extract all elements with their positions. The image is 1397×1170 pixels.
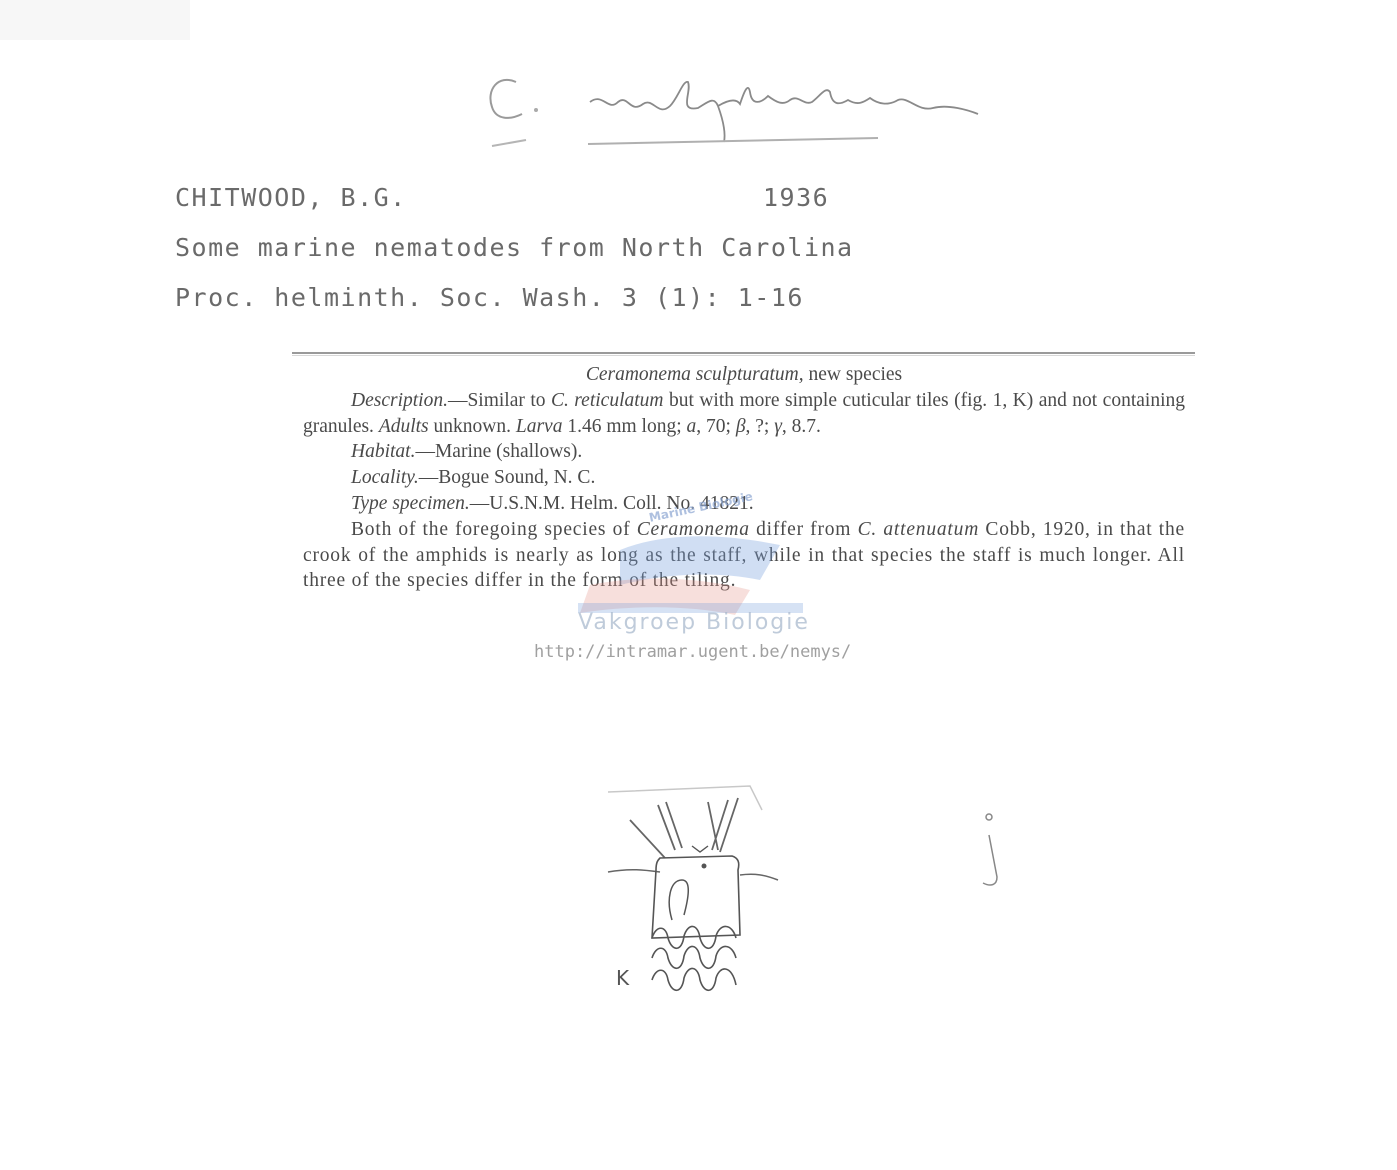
locality-text: —Bogue Sound, N. C. — [419, 467, 596, 488]
small-sketch-mark — [975, 805, 1015, 895]
locality-label: Locality. — [351, 467, 419, 488]
divider-line — [292, 352, 1195, 354]
italic-run: C. reticulatum — [551, 390, 664, 411]
source-url: http://intramar.ugent.be/nemys/ — [534, 642, 851, 662]
italic-run: C. attenuatum — [858, 519, 980, 540]
text-run: —Similar to — [448, 390, 551, 411]
author-name: CHITWOOD, B.G. — [175, 183, 407, 212]
species-name-italic: Ceramonema sculpturatum, — [586, 364, 804, 385]
figure-label: K — [616, 966, 629, 990]
italic-run: a — [687, 416, 697, 437]
text-run: 1.46 mm long; — [562, 416, 686, 437]
habitat-label: Habitat. — [351, 441, 415, 462]
species-heading-suffix: new species — [804, 364, 903, 385]
text-run: Both of the foregoing species of — [351, 519, 637, 540]
italic-run: γ — [774, 416, 782, 437]
italic-run: Adults — [379, 416, 429, 437]
locality-paragraph: Locality.—Bogue Sound, N. C. — [303, 465, 1185, 491]
watermark-text: Vakgroep Biologie — [578, 610, 810, 635]
text-run: , 70; — [696, 416, 736, 437]
publication-title: Some marine nematodes from North Carolin… — [175, 233, 854, 262]
comparison-paragraph: Both of the foregoing species of Ceramon… — [303, 517, 1185, 594]
species-description-clipping: Ceramonema sculpturatum, new species Des… — [303, 362, 1185, 594]
scan-shading — [0, 0, 190, 40]
text-run: differ from — [750, 519, 858, 540]
species-heading: Ceramonema sculpturatum, new species — [303, 362, 1185, 388]
journal-reference: Proc. helminth. Soc. Wash. 3 (1): 1-16 — [175, 283, 804, 312]
text-run: , 8.7. — [782, 416, 821, 437]
italic-run: Larva — [516, 416, 563, 437]
description-paragraph: Description.—Similar to C. reticulatum b… — [303, 388, 1185, 440]
text-run: , ?; — [746, 416, 775, 437]
handwritten-species-name — [478, 62, 998, 152]
habitat-paragraph: Habitat.—Marine (shallows). — [303, 439, 1185, 465]
habitat-text: —Marine (shallows). — [415, 441, 582, 462]
italic-run: β — [736, 416, 746, 437]
divider-line-shadow — [292, 355, 1195, 356]
type-specimen-label: Type specimen. — [351, 493, 470, 514]
publication-year: 1936 — [763, 183, 829, 212]
description-label: Description. — [351, 390, 448, 411]
text-run: unknown. — [429, 416, 516, 437]
